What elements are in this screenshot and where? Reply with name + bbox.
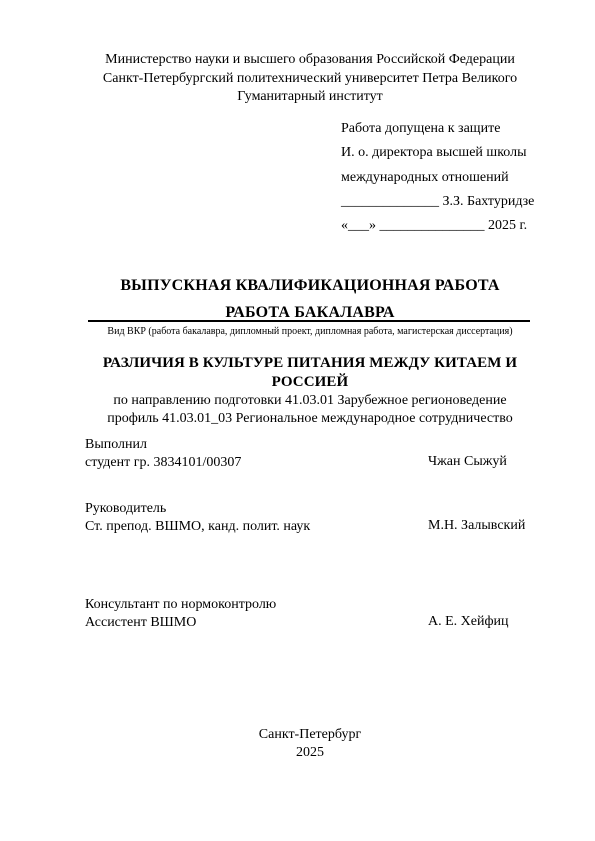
- vkr-type-note: Вид ВКР (работа бакалавра, дипломный про…: [85, 325, 535, 338]
- ministry-header: Министерство науки и высшего образования…: [85, 51, 535, 107]
- thesis-title-page: Министерство науки и высшего образования…: [0, 0, 595, 841]
- thesis-topic-title: РАЗЛИЧИЯ В КУЛЬТУРЕ ПИТАНИЯ МЕЖДУ КИТАЕМ…: [85, 354, 535, 392]
- footer-block: Санкт-Петербург 2025: [85, 726, 535, 761]
- author-name: Чжан Сыжуй: [428, 453, 588, 471]
- supervisor-name: М.Н. Залывский: [428, 517, 588, 535]
- author-row: Выполнил студент гр. 3834101/00307: [85, 436, 425, 471]
- author-position: студент гр. 3834101/00307: [85, 454, 425, 472]
- institute-line: Гуманитарный институт: [85, 88, 535, 107]
- footer-year: 2025: [85, 744, 535, 762]
- study-direction: по направлению подготовки 41.03.01 Заруб…: [85, 392, 535, 410]
- consultant-name: А. Е. Хейфиц: [428, 613, 588, 631]
- approval-block: Работа допущена к защите И. о. директора…: [341, 117, 571, 238]
- approval-signature-line: ______________ З.З. Бахтуридзе: [341, 190, 571, 214]
- supervisor-role-label: Руководитель: [85, 500, 425, 518]
- approval-date-line: «___» _______________ 2025 г.: [341, 214, 571, 238]
- consultant-role-label: Консультант по нормоконтролю: [85, 596, 425, 614]
- footer-city: Санкт-Петербург: [85, 726, 535, 744]
- approval-line-school: международных отношений: [341, 166, 571, 190]
- approval-line-admitted: Работа допущена к защите: [341, 117, 571, 141]
- ministry-line: Министерство науки и высшего образования…: [85, 51, 535, 70]
- supervisor-row: Руководитель Ст. препод. ВШМО, канд. пол…: [85, 500, 425, 535]
- supervisor-position: Ст. препод. ВШМО, канд. полит. наук: [85, 518, 425, 536]
- study-profile: профиль 41.03.01_03 Региональное междуна…: [85, 410, 535, 428]
- topic-block: РАЗЛИЧИЯ В КУЛЬТУРЕ ПИТАНИЯ МЕЖДУ КИТАЕМ…: [85, 354, 535, 427]
- approval-line-director: И. о. директора высшей школы: [341, 141, 571, 165]
- title-underline-rule: [88, 320, 530, 322]
- work-type-title: ВЫПУСКНАЯ КВАЛИФИКАЦИОННАЯ РАБОТА: [85, 276, 535, 296]
- author-role-label: Выполнил: [85, 436, 425, 454]
- consultant-position: Ассистент ВШМО: [85, 614, 425, 632]
- university-line: Санкт-Петербургский политехнический унив…: [85, 70, 535, 89]
- consultant-row: Консультант по нормоконтролю Ассистент В…: [85, 596, 425, 631]
